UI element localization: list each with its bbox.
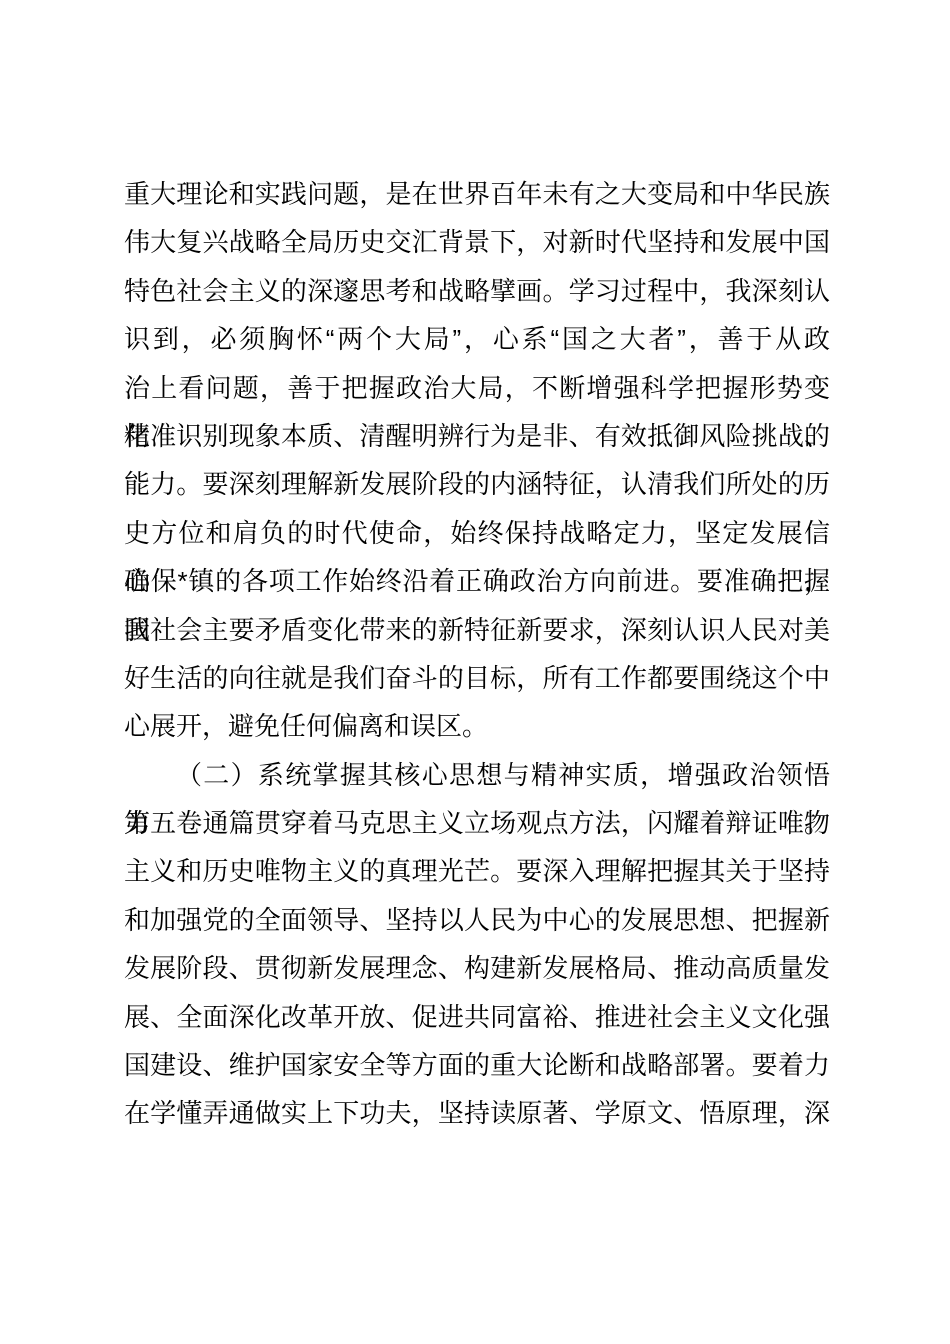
text-line: 在学懂弄通做实上下功夫，坚持读原著、学原文、悟原理，深 bbox=[124, 1089, 830, 1137]
text-line: 确保*镇的各项工作始终沿着正确政治方向前进。要准确把握我 bbox=[124, 557, 830, 605]
text-line: 展、全面深化改革开放、促进共同富裕、推进社会主义文化强 bbox=[124, 993, 830, 1041]
text-line: 国社会主要矛盾变化带来的新特征新要求，深刻认识人民对美 bbox=[124, 606, 830, 654]
text-line: 治上看问题，善于把握政治大局，不断增强科学把握形势变化、 bbox=[124, 364, 830, 412]
paragraph: （二）系统掌握其核心思想与精神实质，增强政治领悟力。第五卷通篇贯穿着马克思主义立… bbox=[124, 751, 830, 1138]
text-line: 识到，必须胸怀“两个大局”，心系“国之大者”，善于从政 bbox=[124, 315, 830, 363]
paragraph: 重大理论和实践问题，是在世界百年未有之大变局和中华民族伟大复兴战略全局历史交汇背… bbox=[124, 170, 830, 751]
document-text-block: 重大理论和实践问题，是在世界百年未有之大变局和中华民族伟大复兴战略全局历史交汇背… bbox=[124, 170, 830, 1138]
text-line: 国建设、维护国家安全等方面的重大论断和战略部署。要着力 bbox=[124, 1041, 830, 1089]
text-line: 伟大复兴战略全局历史交汇背景下，对新时代坚持和发展中国 bbox=[124, 218, 830, 266]
text-line: 第五卷通篇贯穿着马克思主义立场观点方法，闪耀着辩证唯物 bbox=[124, 799, 830, 847]
text-line: 发展阶段、贯彻新发展理念、构建新发展格局、推动高质量发 bbox=[124, 944, 830, 992]
text-line: 重大理论和实践问题，是在世界百年未有之大变局和中华民族 bbox=[124, 170, 830, 218]
text-line: 史方位和肩负的时代使命，始终保持战略定力，坚定发展信心， bbox=[124, 509, 830, 557]
text-line: 好生活的向往就是我们奋斗的目标，所有工作都要围绕这个中 bbox=[124, 654, 830, 702]
document-page: 重大理论和实践问题，是在世界百年未有之大变局和中华民族伟大复兴战略全局历史交汇背… bbox=[0, 0, 950, 1344]
text-line: 特色社会主义的深邃思考和战略擘画。学习过程中，我深刻认 bbox=[124, 267, 830, 315]
text-line: 心展开，避免任何偏离和误区。 bbox=[124, 702, 830, 750]
text-line: 主义和历史唯物主义的真理光芒。要深入理解把握其关于坚持 bbox=[124, 847, 830, 895]
text-line: 和加强党的全面领导、坚持以人民为中心的发展思想、把握新 bbox=[124, 896, 830, 944]
text-line: 精准识别现象本质、清醒明辨行为是非、有效抵御风险挑战的 bbox=[124, 412, 830, 460]
text-line: 能力。要深刻理解新发展阶段的内涵特征，认清我们所处的历 bbox=[124, 460, 830, 508]
text-line: （二）系统掌握其核心思想与精神实质，增强政治领悟力。 bbox=[124, 751, 830, 799]
